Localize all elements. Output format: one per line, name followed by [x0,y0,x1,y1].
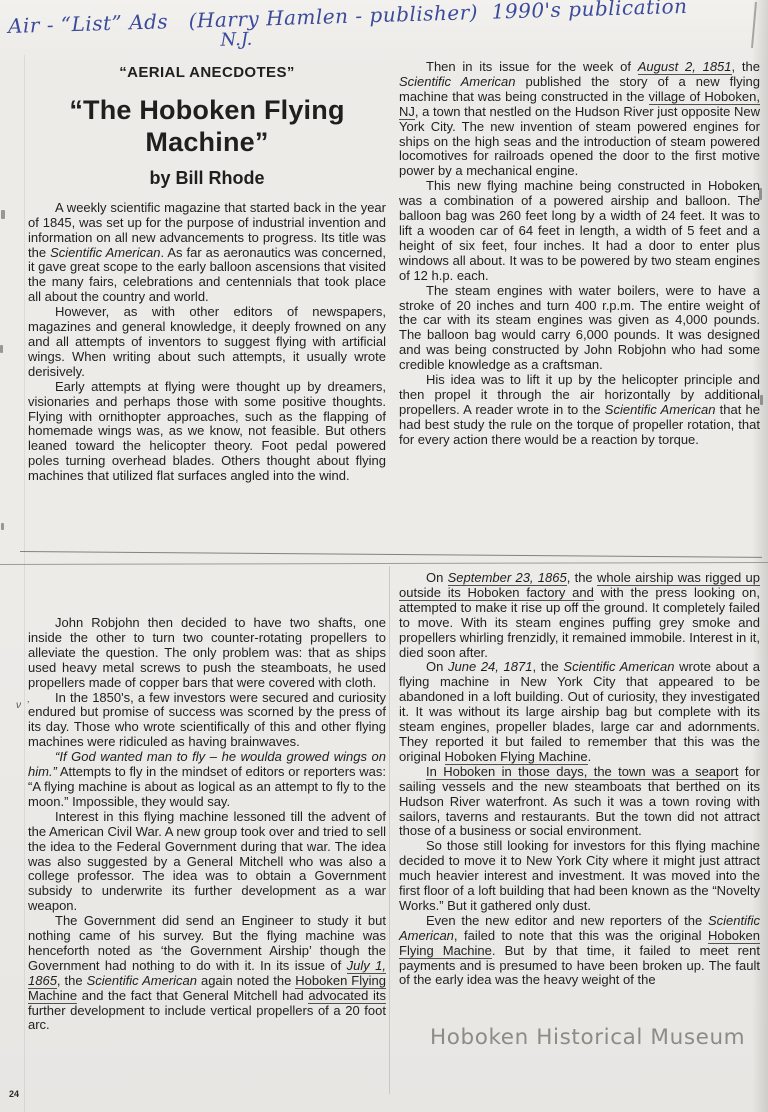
scan-speck [1,210,5,219]
column-divider-line [389,566,390,1094]
paper-fold-crease [24,55,25,1112]
paragraph: Interest in this flying machine lessoned… [28,810,386,914]
paragraph: “If God wanted man to fly – he woulda gr… [28,750,386,810]
handwritten-annotation: Air - “List” Ads (Harry Hamlen - publish… [8,0,760,38]
article-kicker: “AERIAL ANECDOTES” [28,66,386,81]
scan-speck [760,395,763,405]
paragraph: His idea was to lift it up by the helico… [399,373,760,448]
paragraph: In Hoboken in those days, the town was a… [399,765,760,840]
paragraph: A weekly scientific magazine that starte… [28,201,386,305]
scan-speck [1,523,4,530]
paragraph: The Government did send an Engineer to s… [28,914,386,1033]
annotation-line1: Air - “List” Ads (Harry Hamlen - publish… [8,0,760,38]
paragraph: On June 24, 1871, the Scientific America… [399,660,760,764]
paragraph: Then in its issue for the week of August… [399,60,760,179]
annotation-line2: N.J. [220,29,252,51]
bottom-left-column: John Robjohn then decided to have two sh… [28,616,386,1033]
paragraph: On September 23, 1865, the whole airship… [399,571,760,660]
paragraph: Early attempts at flying were thought up… [28,380,386,484]
article-byline: by Bill Rhode [28,171,386,186]
paragraph: John Robjohn then decided to have two sh… [28,616,386,691]
bottom-right-column: On September 23, 1865, the whole airship… [399,571,760,988]
paragraph: However, as with other editors of newspa… [28,305,386,380]
paragraph: So those still looking for investors for… [399,839,760,914]
page-number: 24 [9,1089,19,1099]
scanned-article-page: ν ’ Air - “List” Ads (Harry Hamlen - pub… [0,0,768,1112]
paragraph: In the 1850's, a few investors were secu… [28,691,386,751]
paragraph: Even the new editor and new reporters of… [399,914,760,989]
paragraph: This new flying machine being constructe… [399,179,760,283]
clipping-edge-line [20,551,762,558]
museum-watermark: Hoboken Historical Museum [430,1025,745,1050]
scan-speck [0,345,3,353]
paragraph: The steam engines with water boilers, we… [399,284,760,373]
article-title: “The Hoboken Flying Machine” [28,94,386,158]
page-fold-line [0,562,768,565]
top-left-column: “AERIAL ANECDOTES” “The Hoboken Flying M… [28,66,386,484]
top-right-column: Then in its issue for the week of August… [399,60,760,448]
